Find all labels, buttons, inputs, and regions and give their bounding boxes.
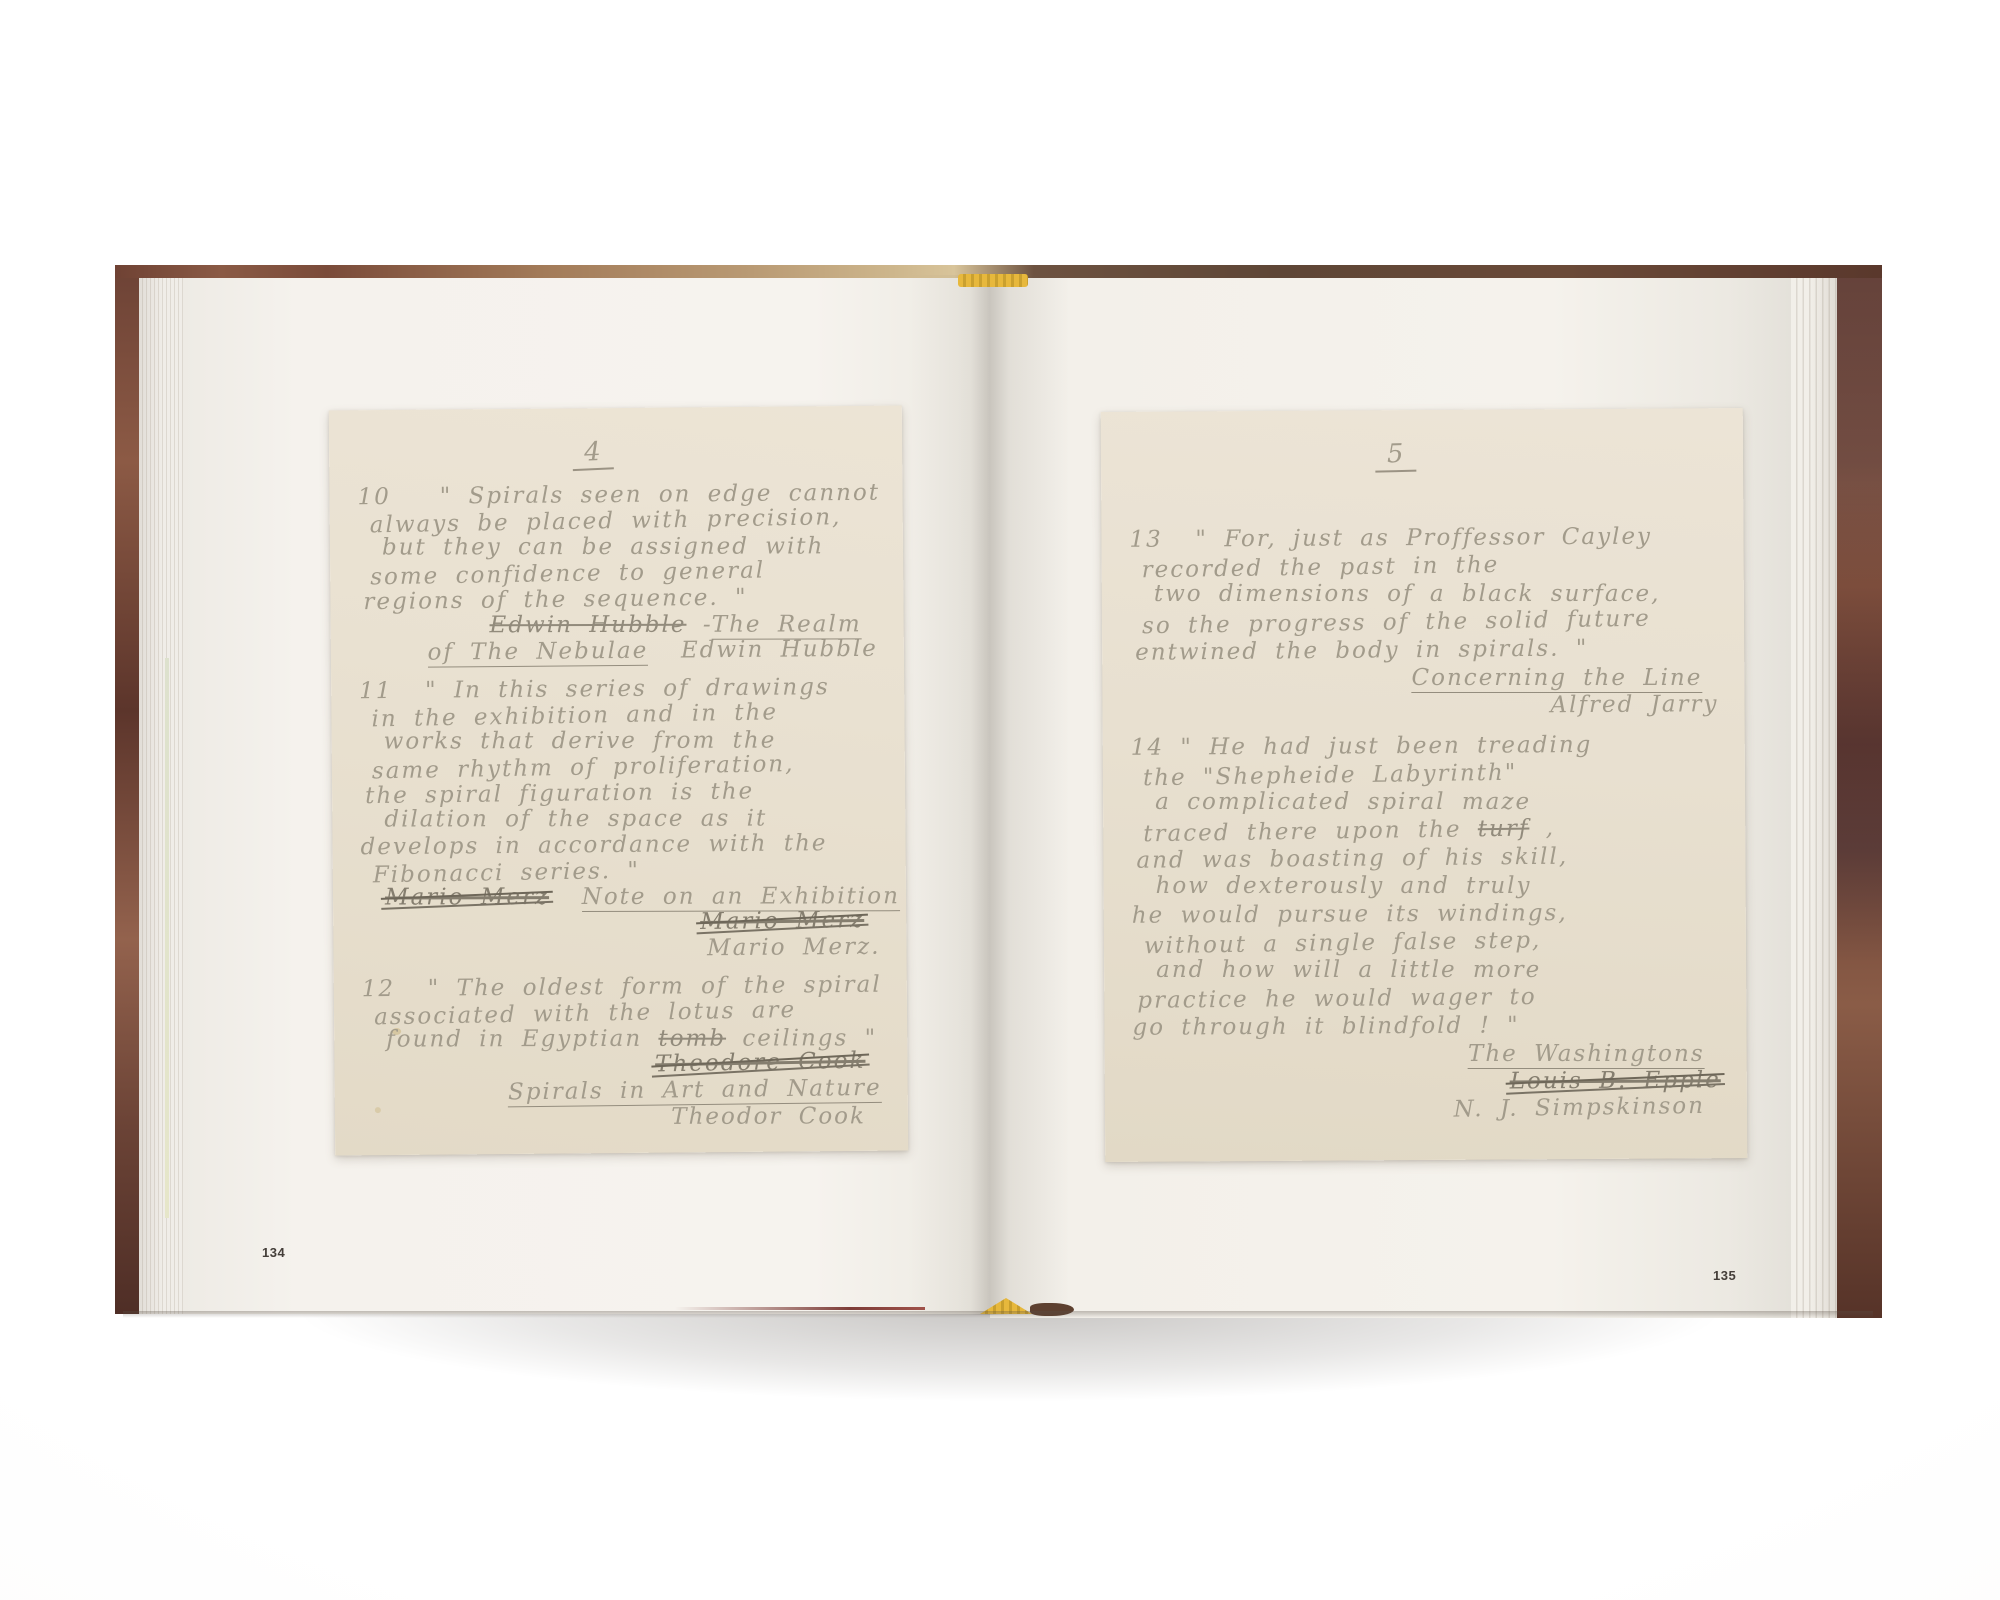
handwriting-text: Theodor Cook xyxy=(671,1103,866,1130)
manuscript-line: a complicated spiral maze xyxy=(1155,788,1723,816)
headband xyxy=(958,274,1028,287)
handwriting-text: works that derive from the xyxy=(384,727,777,754)
manuscript-line: Mario Merz. xyxy=(361,934,880,965)
manuscript-item: 14 " He had just been treadingthe "Sheph… xyxy=(1131,730,1725,1126)
book-drop-shadow xyxy=(95,1308,1925,1428)
handwriting-text: two dimensions of a black surface, xyxy=(1154,581,1661,607)
handwriting-text xyxy=(549,884,582,910)
manuscript-line: practice he would wager to xyxy=(1137,981,1724,1015)
manuscript-line: Mario Merz Note on an Exhibition xyxy=(385,883,880,910)
manuscript-item: 10 " Spirals seen on edge cannotalways b… xyxy=(357,480,882,667)
book-bottom-shading xyxy=(123,1311,1873,1318)
handwriting-strike: turf xyxy=(1478,816,1530,843)
folio-number-right: 135 xyxy=(1713,1268,1736,1283)
manuscript-photo-left: 410 " Spirals seen on edge cannotalways … xyxy=(329,406,908,1156)
manuscript-item: 13 " For, just as Proffessor Cayleyrecor… xyxy=(1129,522,1722,722)
handwriting-u: Concerning the Line xyxy=(1412,665,1703,693)
handwriting-text: practice he would wager to xyxy=(1137,984,1537,1014)
manuscript-line: and how will a little more xyxy=(1156,956,1724,984)
handwriting-scribble: Mario Merz xyxy=(700,907,864,935)
manuscript-line: dilation of the space as it xyxy=(384,805,883,832)
handwriting-text: N. J. Simpskinson xyxy=(1453,1093,1705,1123)
page-stack-left xyxy=(139,278,183,1314)
handwriting-text: Alfred Jarry xyxy=(1550,691,1718,718)
manuscript-line: Concerning the Line xyxy=(1154,664,1702,692)
handwriting-text: the "Shepheide Labyrinth" xyxy=(1143,760,1518,792)
handwriting-text: 14 " He had just been treading xyxy=(1131,732,1593,761)
manuscript-line: the spiral figuration is the xyxy=(365,777,883,809)
manuscript-line: The Washingtons xyxy=(1157,1040,1705,1068)
book-cover-left-edge xyxy=(115,274,139,1314)
manuscript-line: and was boasting of his skill, xyxy=(1136,841,1723,875)
manuscript-line: of The Nebulae Edwin Hubble xyxy=(359,636,878,667)
manuscript-line: regions of the sequence. " xyxy=(363,583,881,615)
handwriting-u: The Realm xyxy=(712,611,862,639)
handwriting-text: found in Egyptian xyxy=(386,1026,658,1053)
handwriting-text: recorded the past in the xyxy=(1142,552,1500,583)
book-gutter xyxy=(910,275,1070,1315)
manuscript-line: Edwin Hubble -The Realm xyxy=(383,611,862,638)
photo-background: 410 " Spirals seen on edge cannotalways … xyxy=(0,0,2000,1600)
handwriting-text: he would pursue its windings, xyxy=(1132,900,1568,929)
handwriting-text: 13 " For, just as Proffessor Cayley xyxy=(1129,524,1652,553)
handwriting-scribble: Mario Merz xyxy=(385,884,549,910)
manuscript-item: 11 " In this series of drawingsin the ex… xyxy=(359,674,884,965)
handwriting-text: traced there upon the xyxy=(1143,816,1478,847)
handwriting-text: - xyxy=(686,612,711,638)
handwriting-text: Mario Merz. xyxy=(707,934,881,962)
bottom-edge-sliver xyxy=(675,1307,925,1310)
handwriting-text: go through it blindfold ! " xyxy=(1132,1012,1519,1040)
book-cover-right-edge xyxy=(1837,274,1882,1318)
manuscript-page-number: 4 xyxy=(572,435,614,471)
handwriting-text: but they can be assigned with xyxy=(382,533,824,560)
handwriting-text: Edwin Hubble xyxy=(648,636,878,664)
manuscript-left-text: 410 " Spirals seen on edge cannotalways … xyxy=(357,434,886,1146)
handwriting-u: The Washingtons xyxy=(1468,1041,1705,1069)
manuscript-line: go through it blindfold ! " xyxy=(1132,1010,1724,1042)
handwriting-strike: tomb xyxy=(658,1026,726,1052)
handwriting-text: entwined the body in spirals. " xyxy=(1135,635,1588,665)
manuscript-right-text: 513 " For, just as Proffessor Cayleyreco… xyxy=(1129,436,1725,1152)
handwriting-text: and how will a little more xyxy=(1156,957,1541,983)
handwriting-text: , xyxy=(1529,815,1555,841)
page-stack-tinted-leaf xyxy=(165,658,169,1218)
handwriting-text: dilation of the space as it xyxy=(384,806,767,833)
manuscript-line: entwined the body in spirals. " xyxy=(1135,633,1722,667)
handwriting-scribble: Theodore Cook xyxy=(655,1048,866,1078)
manuscript-item: 12 " The oldest form of the spiralassoci… xyxy=(362,972,886,1133)
manuscript-line: N. J. Simpskinson xyxy=(1145,1092,1705,1128)
handwriting-text: without a single false step, xyxy=(1144,927,1542,959)
handwriting-text: the spiral figuration is the xyxy=(365,778,754,809)
handwriting-text: and was boasting of his skill, xyxy=(1136,844,1568,874)
page-stack-right xyxy=(1791,278,1837,1318)
handwriting-u: of The Nebulae xyxy=(427,638,648,668)
handwriting-text: regions of the sequence. " xyxy=(363,584,747,615)
folio-number-left: 134 xyxy=(262,1245,285,1260)
open-book: 410 " Spirals seen on edge cannotalways … xyxy=(115,265,1882,1318)
manuscript-line: how dexterously and truly xyxy=(1156,872,1724,900)
handwriting-strike: Edwin Hubble xyxy=(489,612,686,639)
manuscript-line: Theodor Cook xyxy=(387,1103,866,1130)
manuscript-line: Spirals in Art and Nature xyxy=(368,1075,882,1107)
handwriting-text: a complicated spiral maze xyxy=(1155,789,1531,815)
manuscript-line: two dimensions of a black surface, xyxy=(1154,580,1722,608)
handwriting-scribble: Louis B. Epple xyxy=(1510,1067,1721,1094)
manuscript-photo-right: 513 " For, just as Proffessor Cayleyreco… xyxy=(1101,408,1748,1162)
manuscript-line: Alfred Jarry xyxy=(1130,690,1718,722)
manuscript-page-number: 5 xyxy=(1374,438,1415,473)
handwriting-text: how dexterously and truly xyxy=(1156,873,1532,899)
